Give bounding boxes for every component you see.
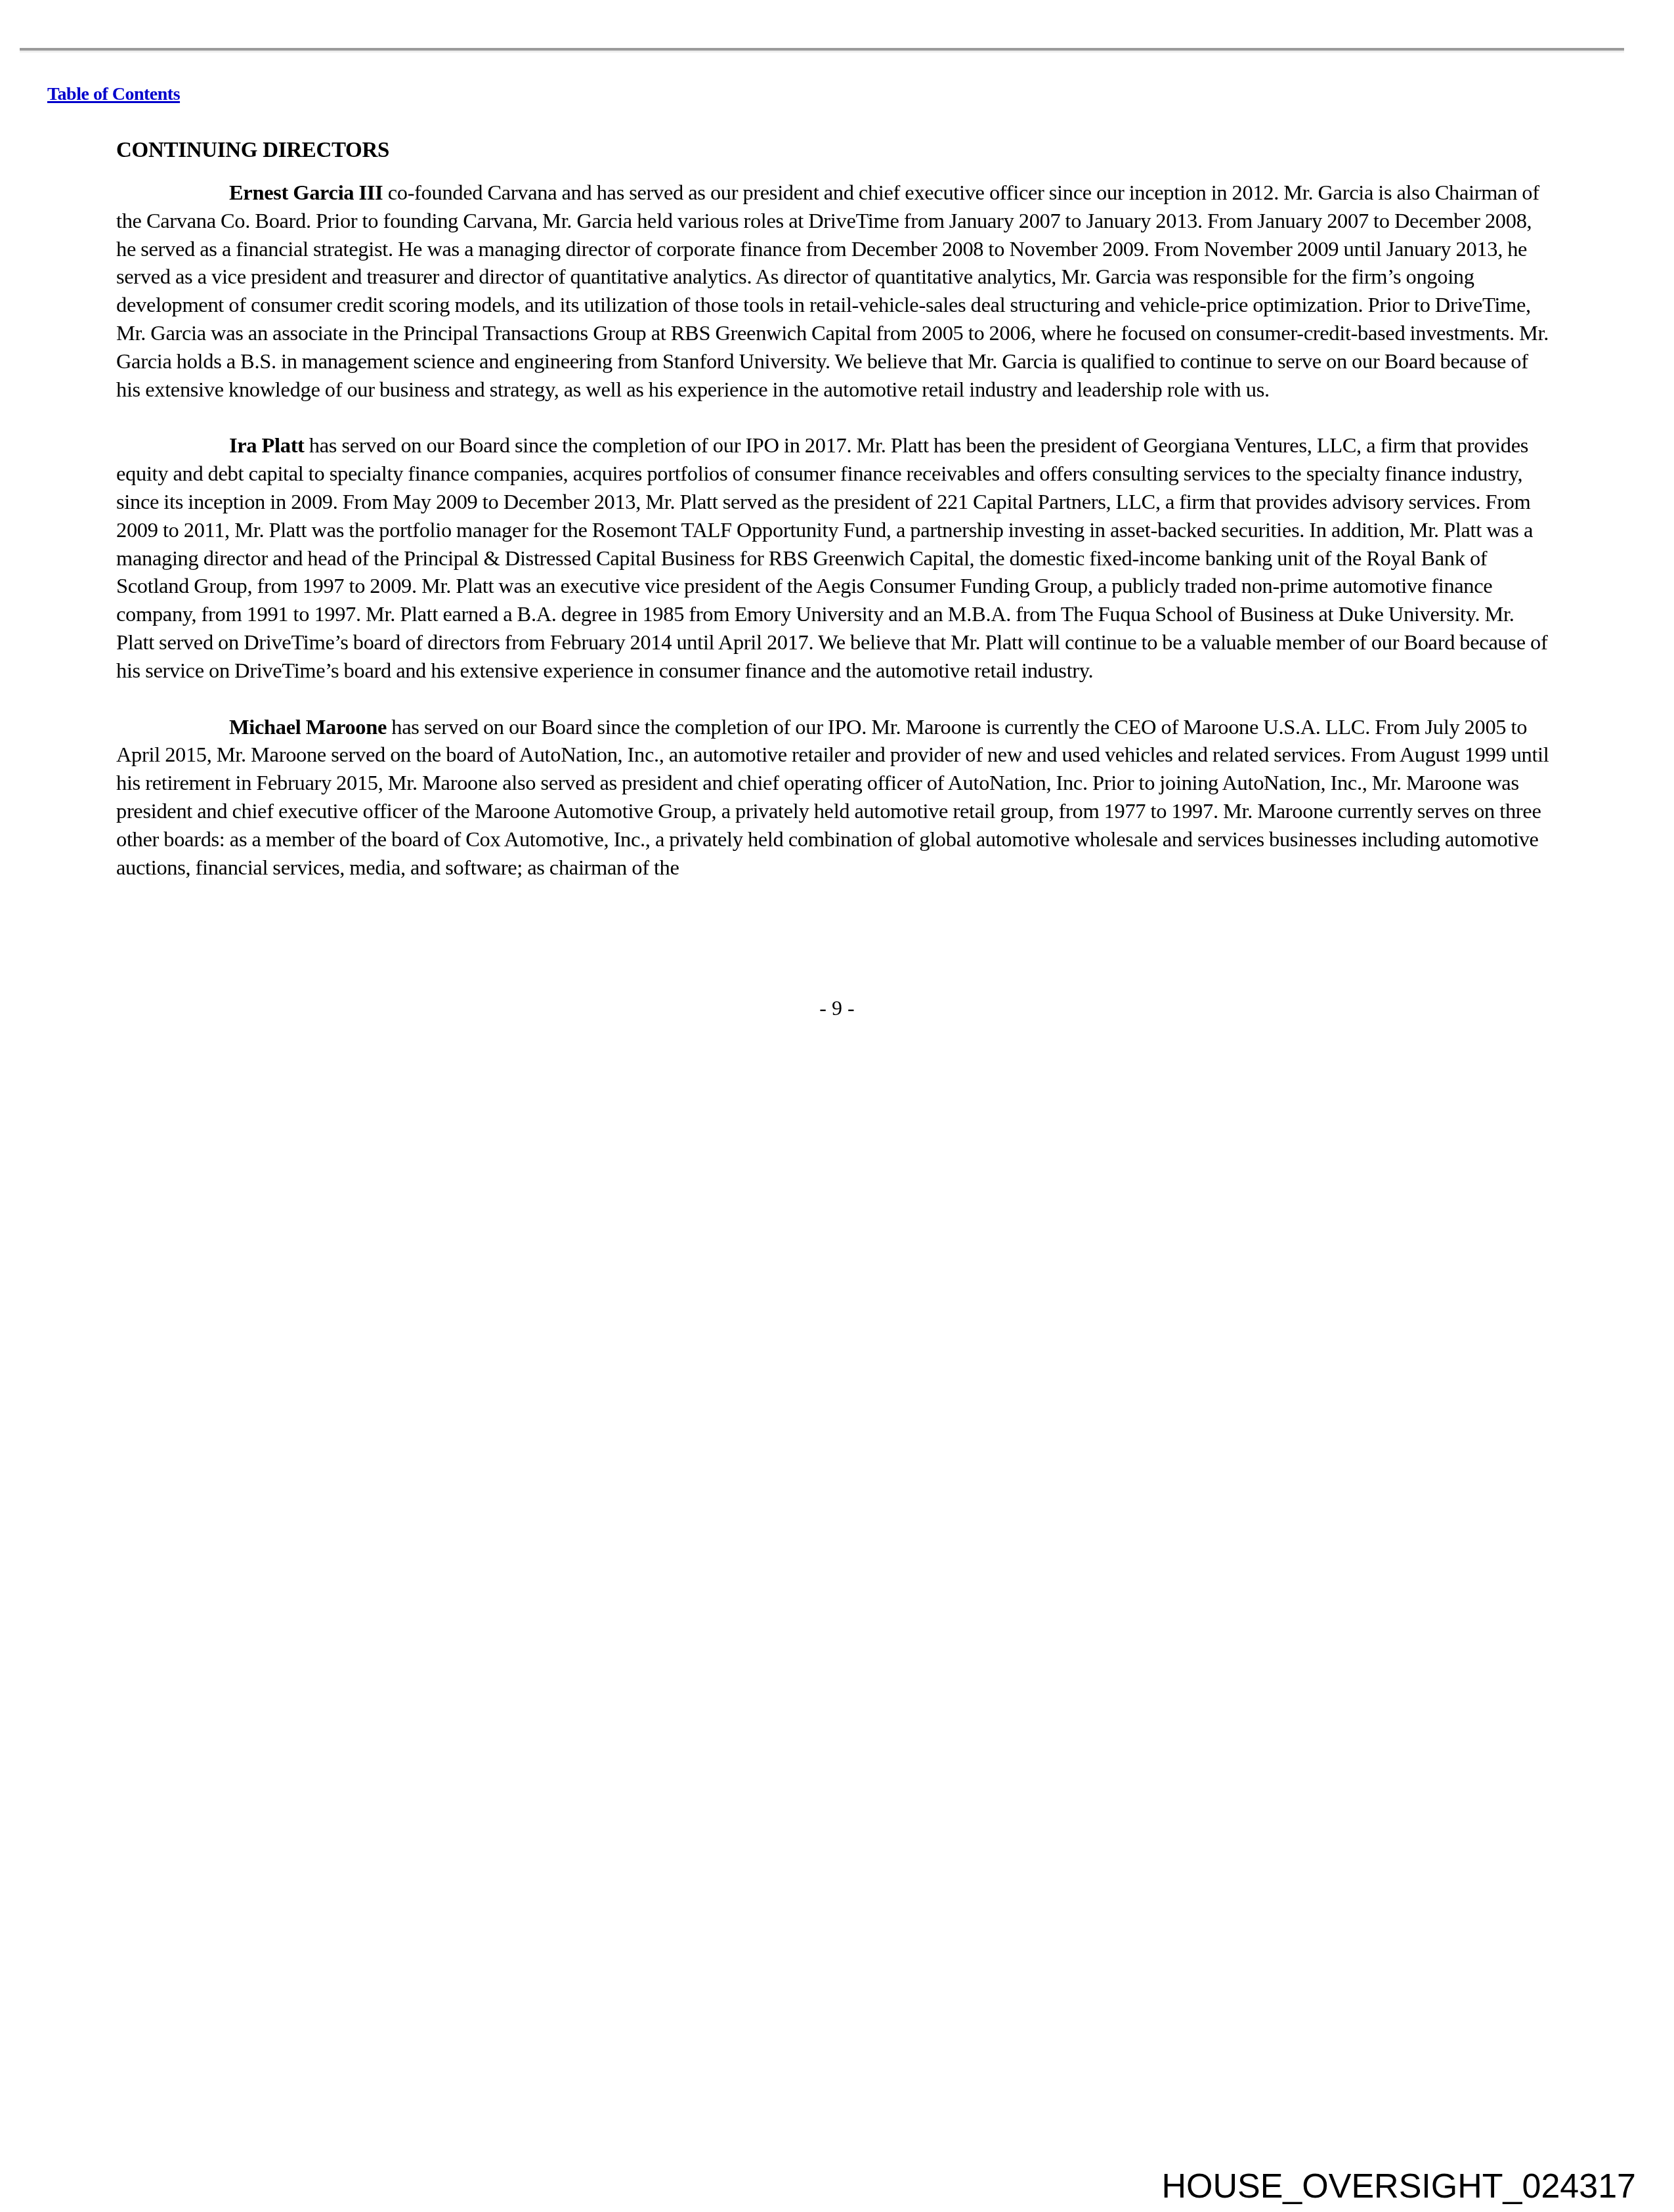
director-name: Ernest Garcia III <box>229 181 383 205</box>
director-bio-maroone: Michael Maroone has served on our Board … <box>116 714 1554 882</box>
document-body: CONTINUING DIRECTORS Ernest Garcia III c… <box>116 137 1554 910</box>
director-bio-text: has served on our Board since the comple… <box>116 716 1549 880</box>
director-bio-text: co-founded Carvana and has served as our… <box>116 181 1549 402</box>
top-horizontal-rule <box>20 48 1624 53</box>
director-name: Ira Platt <box>229 434 305 458</box>
director-name: Michael Maroone <box>229 716 387 739</box>
page-number: - 9 - <box>0 995 1674 1021</box>
director-bio-platt: Ira Platt has served on our Board since … <box>116 432 1554 685</box>
table-of-contents-link[interactable]: Table of Contents <box>47 84 180 105</box>
director-bio-text: has served on our Board since the comple… <box>116 434 1547 682</box>
section-heading: CONTINUING DIRECTORS <box>116 137 1554 165</box>
bates-stamp: HOUSE_OVERSIGHT_024317 <box>1161 2167 1636 2206</box>
director-bio-garcia: Ernest Garcia III co-founded Carvana and… <box>116 179 1554 404</box>
